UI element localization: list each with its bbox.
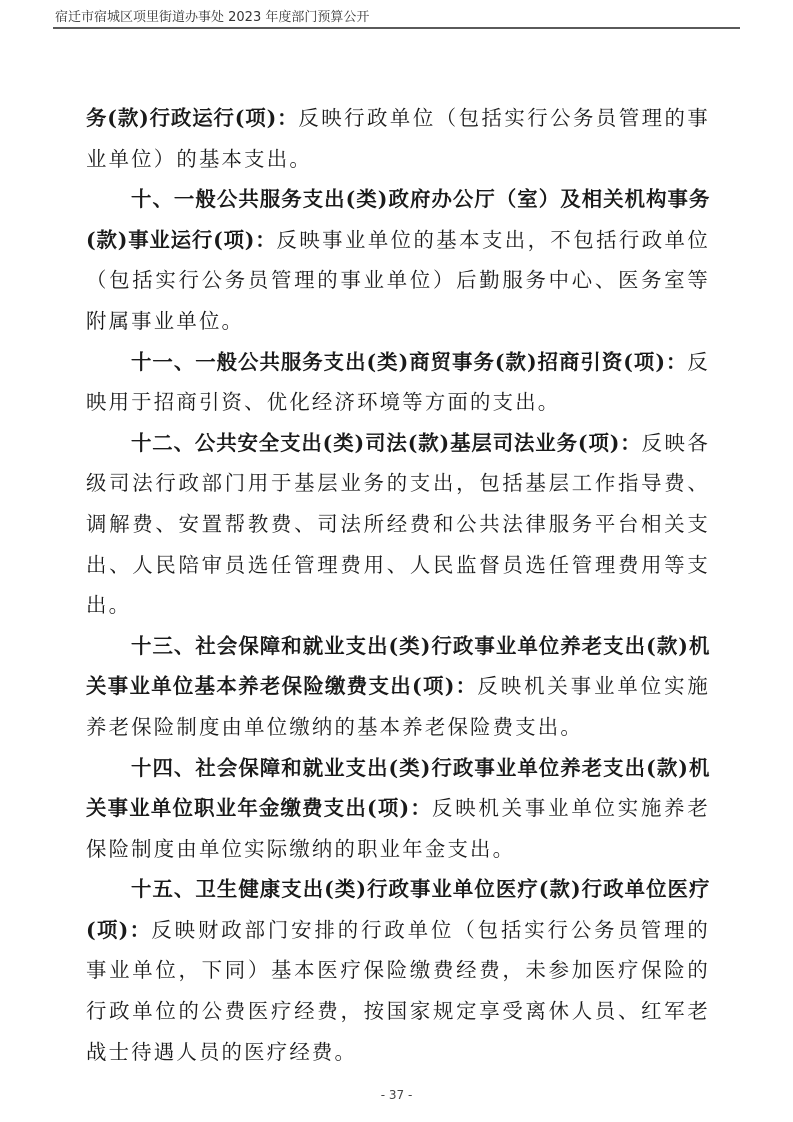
document-body: 务(款)行政运行(项)：反映行政单位（包括实行公务员管理的事业单位）的基本支出。…: [86, 98, 710, 1072]
paragraph-item-14: 十四、社会保障和就业支出(类)行政事业单位养老支出(款)机关事业单位职业年金缴费…: [86, 748, 710, 870]
document-header: 宿迁市宿城区项里街道办事处 2023 年度部门预算公开: [53, 10, 742, 26]
page-number: - 37 -: [0, 1088, 793, 1102]
paragraph-item-10: 十、一般公共服务支出(类)政府办公厅（室）及相关机构事务(款)事业运行(项)：反…: [86, 179, 710, 341]
paragraph-item-11: 十一、一般公共服务支出(类)商贸事务(款)招商引资(项)：反映用于招商引资、优化…: [86, 342, 710, 423]
paragraph-heading: 十二、公共安全支出(类)司法(款)基层司法业务(项)：: [131, 431, 642, 455]
paragraph-heading: 务(款)行政运行(项)：: [86, 106, 298, 130]
paragraph-heading: 十一、一般公共服务支出(类)商贸事务(款)招商引资(项)：: [131, 350, 687, 374]
paragraph-text: 反映各级司法行政部门用于基层业务的支出，包括基层工作指导费、调解费、安置帮教费、…: [86, 431, 710, 617]
paragraph-text: 反映财政部门安排的行政单位（包括实行公务员管理的事业单位，下同）基本医疗保险缴费…: [86, 918, 710, 1064]
paragraph-item-9-continued: 务(款)行政运行(项)：反映行政单位（包括实行公务员管理的事业单位）的基本支出。: [86, 98, 710, 179]
paragraph-item-12: 十二、公共安全支出(类)司法(款)基层司法业务(项)：反映各级司法行政部门用于基…: [86, 423, 710, 626]
paragraph-item-15: 十五、卫生健康支出(类)行政事业单位医疗(款)行政单位医疗(项)：反映财政部门安…: [86, 869, 710, 1072]
paragraph-item-13: 十三、社会保障和就业支出(类)行政事业单位养老支出(款)机关事业单位基本养老保险…: [86, 626, 710, 748]
header-divider: [53, 27, 740, 29]
